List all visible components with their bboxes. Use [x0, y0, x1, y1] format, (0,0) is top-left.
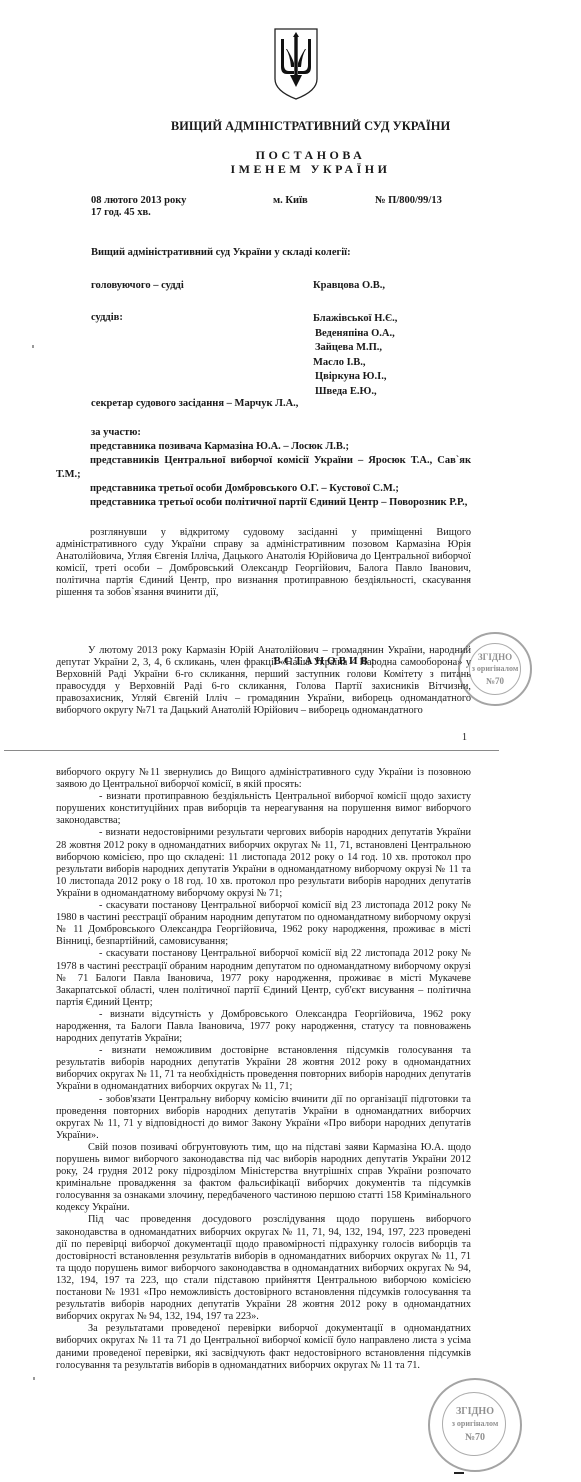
panel-intro: Вищий адміністративний суд України у скл…	[91, 247, 351, 259]
stamp-number: №70	[460, 676, 530, 686]
judge-name: Масло І.В.,	[313, 356, 397, 371]
participation-label: за участю:	[56, 426, 471, 440]
page2-body: виборчого округу №11 звернулись до Вищог…	[56, 767, 471, 1372]
document-subtitle: ІМЕНЕМ УКРАЇНИ	[40, 162, 581, 176]
facts-paragraph: У лютому 2013 року Кармазін Юрій Анатолі…	[56, 645, 471, 718]
official-stamp: ЗГІДНО з оригіналом №70	[458, 632, 532, 706]
scan-speck	[33, 1377, 35, 1380]
judges-label: суддів:	[91, 312, 123, 324]
case-number: № П/800/99/13	[375, 195, 442, 207]
court-secretary: секретар судового засідання – Марчук Л.А…	[91, 398, 298, 410]
claim-item: - визнати неможливим достовірне встановл…	[56, 1045, 471, 1093]
document-city: м. Київ	[273, 195, 308, 207]
continuation-paragraph: виборчого округу №11 звернулись до Вищог…	[56, 767, 471, 791]
claim-item: - визнати відсутність у Домбровського Ол…	[56, 1009, 471, 1045]
judge-name: Цвіркуна Ю.І.,	[313, 370, 397, 385]
judges-list: Блажівської Н.Є., Веденяпіна О.А., Зайце…	[313, 312, 397, 400]
participants-block: за участю: представника позивача Кармазі…	[56, 426, 471, 510]
grounds-paragraph: Свій позов позивачі обгрунтовують тим, щ…	[56, 1142, 471, 1215]
document-type: ПОСТАНОВА ІМЕНЕМ УКРАЇНИ	[0, 148, 581, 176]
presiding-label: головуючого – судді	[91, 280, 184, 292]
page-number: 1	[462, 732, 467, 743]
official-stamp: ЗГІДНО з оригіналом №70	[428, 1378, 522, 1472]
court-name: ВИЩИЙ АДМІНІСТРАТИВНИЙ СУД УКРАЇНИ	[0, 119, 581, 134]
considering-paragraph: розглянувши у відкритому судовому засіда…	[56, 527, 471, 600]
trident-emblem-icon	[273, 27, 319, 101]
document-date-block: 08 лютого 2013 року 17 год. 45 хв.	[91, 195, 186, 219]
participant: представника позивача Кармазіна Ю.А. – Л…	[56, 440, 471, 454]
judge-name: Зайцева М.П.,	[313, 341, 397, 356]
claim-item: - визнати протиправною бездіяльність Цен…	[56, 791, 471, 827]
investigation-paragraph: Під час проведення досудового розслідува…	[56, 1214, 471, 1323]
document-type-title: ПОСТАНОВА	[40, 148, 581, 162]
results-paragraph: За результатами проведеної перевірки виб…	[56, 1323, 471, 1371]
stamp-text: з оригіналом	[430, 1419, 520, 1428]
scan-mark	[454, 1472, 464, 1474]
judge-name: Шведа Е.Ю.,	[313, 385, 397, 400]
document-time: 17 год. 45 хв.	[91, 207, 186, 219]
stamp-text: з оригіналом	[460, 664, 530, 673]
document-date: 08 лютого 2013 року	[91, 195, 186, 207]
claim-item: - скасувати постанову Центральної виборч…	[56, 948, 471, 1008]
stamp-number: №70	[430, 1432, 520, 1443]
stamp-text: ЗГІДНО	[430, 1406, 520, 1417]
participant: представника третьої особи політичної па…	[56, 496, 471, 510]
presiding-judge: Кравцова О.В.,	[313, 280, 385, 292]
page-break-divider	[4, 750, 499, 751]
judge-name: Блажівської Н.Є.,	[313, 312, 397, 327]
participant: представників Центральної виборчої коміс…	[56, 454, 471, 482]
stamp-text: ЗГІДНО	[460, 652, 530, 662]
judge-name: Веденяпіна О.А.,	[313, 327, 397, 342]
claim-item: - скасувати постанову Центральної виборч…	[56, 900, 471, 948]
participant: представника третьої особи Домбровського…	[56, 482, 471, 496]
claim-item: - визнати недостовірними результати черг…	[56, 827, 471, 900]
claim-item: - зобов'язати Центральну виборчу комісію…	[56, 1094, 471, 1142]
scan-speck	[32, 345, 34, 348]
